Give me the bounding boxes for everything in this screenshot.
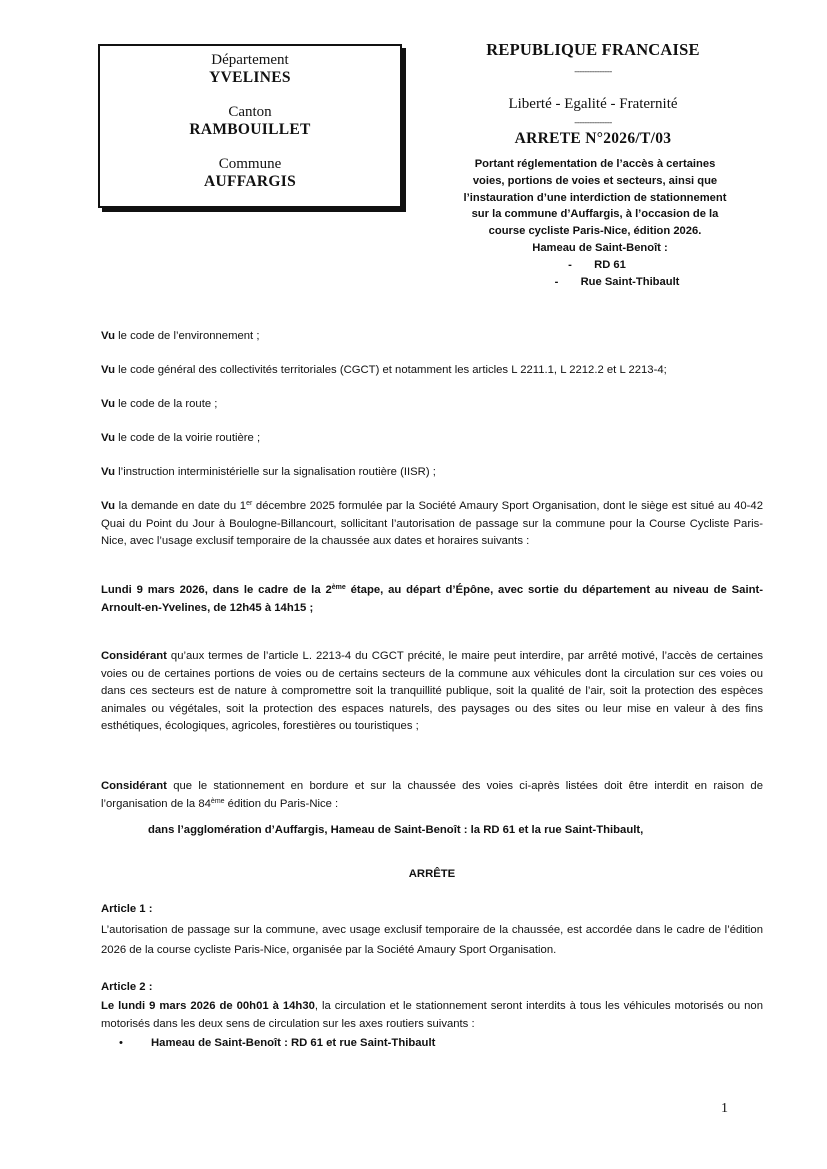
separator: --------------- (462, 66, 724, 76)
commune-group: Commune AUFFARGIS (100, 155, 400, 191)
arrete-heading: ARRÊTE (101, 866, 763, 884)
commune-name: AUFFARGIS (100, 173, 400, 191)
article-2-text: Le lundi 9 mars 2026 de 00h01 à 14h30, l… (101, 998, 763, 1033)
visa-text: le code de la route ; (115, 398, 217, 410)
object-line: Portant réglementation de l’accès à cert… (430, 156, 760, 173)
article-2-list-item: •Hameau de Saint-Benoît : RD 61 et rue S… (101, 1035, 763, 1053)
canton-group: Canton RAMBOUILLET (100, 103, 400, 139)
republic-motto: Liberté - Egalité - Fraternité (462, 96, 724, 113)
schedule-text: Lundi 9 mars 2026, dans le cadre de la 2 (101, 584, 332, 596)
list-item-text: Hameau de Saint-Benoît : RD 61 et rue Sa… (151, 1037, 435, 1049)
visa-lead: Vu (101, 398, 115, 410)
dash-marker: - (555, 274, 581, 291)
visa-text: le code général des collectivités territ… (115, 364, 667, 376)
article-2-title: Article 2 : (101, 979, 763, 997)
arrete-object: Portant réglementation de l’accès à cert… (430, 156, 760, 290)
considerant-text: édition du Paris-Nice : (225, 798, 339, 810)
object-line: l’instauration d’une interdiction de sta… (430, 190, 760, 207)
considerant-paragraph: Considérant que le stationnement en bord… (101, 778, 763, 813)
visa-line: Vu le code de la route ; (101, 396, 763, 414)
object-line: Hameau de Saint-Benoît : (430, 240, 760, 257)
commune-label: Commune (100, 155, 400, 173)
considerant-text: qu’aux termes de l’article L. 2213-4 du … (101, 650, 763, 732)
object-line: voies, portions de voies et secteurs, ai… (430, 173, 760, 190)
republic-header: REPUBLIQUE FRANCAISE --------------- Lib… (462, 40, 724, 148)
object-line: sur la commune d’Auffargis, à l’occasion… (430, 206, 760, 223)
article-1-title: Article 1 : (101, 901, 763, 919)
arrete-number: ARRETE N°2026/T/03 (462, 130, 724, 148)
arrete-heading-text: ARRÊTE (409, 868, 455, 880)
visa-line: Vu l’instruction interministérielle sur … (101, 464, 763, 482)
article-2-lead: Le lundi 9 mars 2026 de 00h01 à 14h30 (101, 1000, 315, 1012)
superscript: ème (332, 584, 346, 591)
object-line: course cycliste Paris-Nice, édition 2026… (430, 223, 760, 240)
bullet-icon: • (101, 1035, 151, 1053)
administrative-header-box: Département YVELINES Canton RAMBOUILLET … (98, 44, 402, 208)
article-1-text: L’autorisation de passage sur la commune… (101, 920, 763, 960)
visa-text: le code de la voirie routière ; (115, 432, 260, 444)
visa-line: Vu le code de la voirie routière ; (101, 430, 763, 448)
schedule-paragraph: Lundi 9 mars 2026, dans le cadre de la 2… (101, 582, 763, 617)
visa-lead: Vu (101, 364, 115, 376)
visa-lead: Vu (101, 500, 115, 512)
page-number: 1 (721, 1101, 728, 1117)
department-name: YVELINES (100, 69, 400, 87)
article-title-text: Article 1 : (101, 903, 152, 915)
canton-label: Canton (100, 103, 400, 121)
visa-text: l’instruction interministérielle sur la … (115, 466, 436, 478)
visa-lead: Vu (101, 466, 115, 478)
road-item: -Rue Saint-Thibault (430, 274, 760, 291)
superscript: ème (211, 798, 225, 805)
considerant-lead: Considérant (101, 780, 167, 792)
visa-lead: Vu (101, 330, 115, 342)
considerant-lead: Considérant (101, 650, 167, 662)
road-name: Rue Saint-Thibault (581, 276, 680, 288)
demande-text: la demande en date du 1 (115, 500, 246, 512)
visa-line: Vu le code de l’environnement ; (101, 328, 763, 346)
canton-name: RAMBOUILLET (100, 121, 400, 139)
agglomeration-text: dans l’agglomération d’Auffargis, Hameau… (148, 824, 643, 836)
road-name: RD 61 (594, 259, 626, 271)
visa-line: Vu le code général des collectivités ter… (101, 362, 763, 380)
considerant-text: que le stationnement en bordure et sur l… (101, 780, 763, 810)
demande-paragraph: Vu la demande en date du 1er décembre 20… (101, 498, 763, 551)
considerant-paragraph: Considérant qu’aux termes de l’article L… (101, 648, 763, 736)
department-group: Département YVELINES (100, 51, 400, 87)
agglomeration-line: dans l’agglomération d’Auffargis, Hameau… (148, 822, 748, 840)
separator: --------------- (462, 117, 724, 127)
visa-text: le code de l’environnement ; (115, 330, 259, 342)
road-item: -RD 61 (430, 257, 760, 274)
article-title-text: Article 2 : (101, 981, 152, 993)
department-label: Département (100, 51, 400, 69)
visa-lead: Vu (101, 432, 115, 444)
republic-title: REPUBLIQUE FRANCAISE (462, 40, 724, 60)
dash-marker: - (568, 257, 594, 274)
